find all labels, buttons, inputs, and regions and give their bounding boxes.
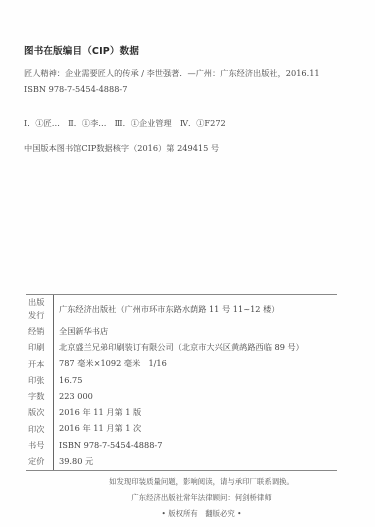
info-label-word-count: 字数 [26,388,54,404]
info-row-publisher: 出版 发行 广东经济出版社（广州市环市东路水荫路 11 号 11~12 楼） [26,295,337,323]
footer-legal-counsel: 广东经济出版社常年法律顾问：何剑桥律师 [14,492,375,503]
info-label-isbn: 书号 [26,437,54,453]
info-label-printer: 印刷 [26,339,54,355]
info-label-edition: 版次 [26,404,54,420]
info-value-publisher: 广东经济出版社（广州市环市东路水荫路 11 号 11~12 楼） [54,304,279,315]
info-value-edition: 2016 年 11 月第 1 版 [54,407,141,418]
info-label-format: 开本 [26,356,54,372]
info-row-printer: 印刷 北京盛兰兄弟印刷装订有限公司（北京市大兴区黄鸪路西临 89 号） [26,339,337,355]
info-value-word-count: 223 000 [54,391,93,401]
cip-title: 图书在版编目（CIP）数据 [24,43,139,57]
info-label-publish: 出版 [28,296,53,309]
info-value-price: 39.80 元 [54,456,93,467]
footer-copyright-notice: • 版权所有 翻版必究 • [14,508,375,519]
info-value-printing: 2016 年 11 月第 1 次 [54,423,141,434]
cip-main-entry: 匠人精神：企业需要匠人的传承 / 李世强著．—广州：广东经济出版社，2016.1… [24,68,320,79]
info-row-distributor: 经销 全国新华书店 [26,323,337,339]
info-row-printing: 印次 2016 年 11 月第 1 次 [26,421,337,437]
info-row-price: 定价 39.80 元 [26,453,337,469]
cip-isbn: ISBN 978-7-5454-4888-7 [24,84,127,94]
info-row-word-count: 字数 223 000 [26,388,337,404]
cip-verification-number: 中国版本图书馆CIP数据核字（2016）第 249415 号 [24,143,219,154]
copyright-page: 图书在版编目（CIP）数据 匠人精神：企业需要匠人的传承 / 李世强著．—广州：… [0,0,375,527]
info-row-isbn: 书号 ISBN 978-7-5454-4888-7 [26,437,337,453]
info-label-publisher: 出版 发行 [26,295,54,323]
info-label-distribute: 发行 [28,309,53,322]
info-row-sheets: 印张 16.75 [26,372,337,388]
info-label-sheets: 印张 [26,372,54,388]
info-value-distributor: 全国新华书店 [54,326,108,337]
info-label-price: 定价 [26,453,54,469]
info-row-edition: 版次 2016 年 11 月第 1 版 [26,404,337,420]
info-value-sheets: 16.75 [54,375,82,385]
info-row-format: 开本 787 毫米×1092 毫米 1/16 [26,356,337,372]
info-label-distributor: 经销 [26,323,54,339]
info-value-isbn: ISBN 978-7-5454-4888-7 [54,440,162,450]
info-value-printer: 北京盛兰兄弟印刷装订有限公司（北京市大兴区黄鸪路西临 89 号） [54,342,304,353]
cip-classification: Ⅰ．①匠… Ⅱ．①李… Ⅲ．①企业管理 Ⅳ．①F272 [24,118,226,129]
info-value-format: 787 毫米×1092 毫米 1/16 [54,358,167,369]
info-label-printing: 印次 [26,421,54,437]
publication-info-table: 出版 发行 广东经济出版社（广州市环市东路水荫路 11 号 11~12 楼） 经… [26,294,337,471]
footer-quality-notice: 如发现印装质量问题，影响阅读，请与承印厂联系调换。 [14,476,375,487]
